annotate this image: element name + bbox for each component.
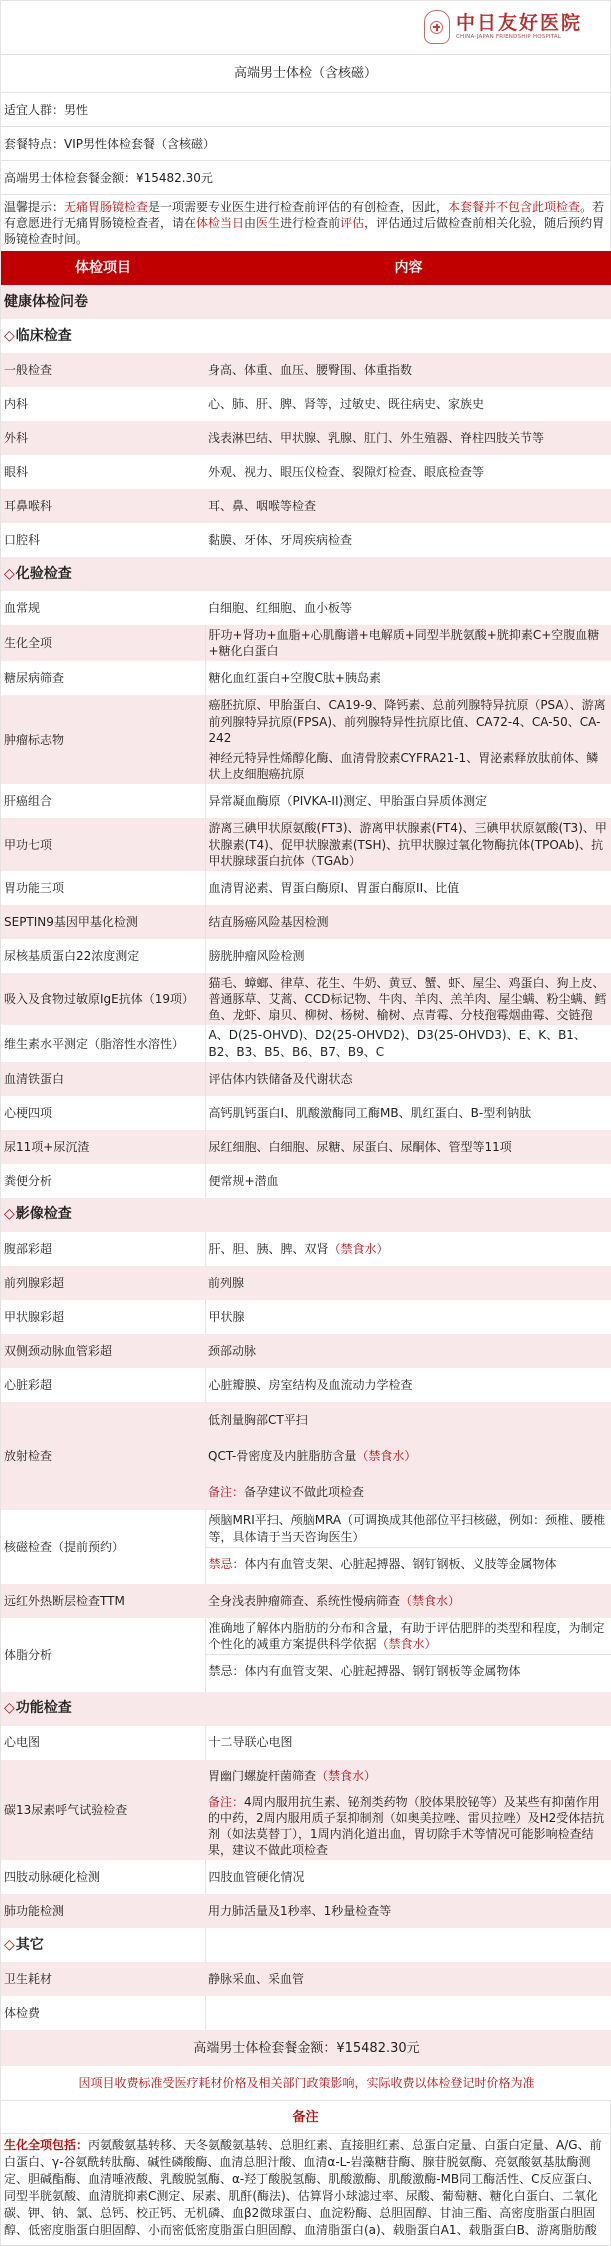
table-row: 血常规白细胞、红细胞、血小板等 bbox=[1, 591, 611, 625]
table-row: 眼科外观、视力、眼压仪检查、裂隙灯检查、眼底检查等 bbox=[1, 455, 611, 489]
remarks-text: 丙氨酸氨基转移、天冬氨酸氨基转、总胆红素、直接胆红素、总蛋白定量、白蛋白定量、A… bbox=[4, 2138, 602, 2237]
notice-highlight: 体检当日 bbox=[196, 216, 244, 230]
notice-highlight: 本套餐并不包含此项检查 bbox=[448, 200, 580, 214]
notice-highlight: 评估 bbox=[340, 216, 364, 230]
table-row: 内科心、肺、肝、脾、肾等，过敏史、既往病史、家族史 bbox=[1, 387, 611, 421]
diamond-icon: ◇ bbox=[4, 328, 15, 344]
table-row: 肿瘤标志物癌胚抗原、甲胎蛋白、CA19-9、降钙素、总前列腺特异抗原（PSA）、… bbox=[1, 695, 611, 784]
table-row: 生化全项肝功+肾功+血脂+心肌酶谱+电解质+同型半胱氨酸+胱抑素C+空腹血糖+糖… bbox=[1, 625, 611, 661]
item-name: 糖尿病筛查 bbox=[1, 661, 205, 695]
table-row: 体检费 bbox=[1, 1996, 611, 2030]
disclaimer-row: 因项目收费标准受医疗耗材价格及相关部门政策影响，实际收费以体检登记时价格为准 bbox=[1, 2066, 611, 2100]
price-disclaimer: 因项目收费标准受医疗耗材价格及相关部门政策影响，实际收费以体检登记时价格为准 bbox=[1, 2066, 611, 2100]
item-content: A、D(25-OHVD)、D2(25-OHVD2)、D3(25-OHVD3)、E… bbox=[209, 1025, 610, 1061]
taboo-text: 禁忌：体内有血管支架、心脏起搏器、钢钉钢板等金属物体 bbox=[206, 1654, 611, 1691]
fasting-note: （禁食水） bbox=[377, 1637, 437, 1651]
item-name: 肿瘤标志物 bbox=[1, 695, 205, 784]
item-name: 吸入及食物过敏原IgE抗体（19项） bbox=[1, 973, 205, 1026]
notice-highlight: 医生 bbox=[256, 216, 280, 230]
remark-text: 4周内服用抗生素、铋剂类药物（胶体果胶铋等）及某些有抑菌作用的中药，2周内服用质… bbox=[208, 1795, 604, 1858]
table-row: 尿核基质蛋白22浓度测定膀胱肿瘤风险检测 bbox=[1, 939, 611, 973]
table-row: 前列腺彩超前列腺 bbox=[1, 1266, 611, 1300]
section-function: ◇功能检查 bbox=[1, 1692, 611, 1726]
diamond-icon: ◇ bbox=[4, 1206, 15, 1222]
item-content: 白细胞、红细胞、血小板等 bbox=[205, 591, 611, 625]
section-other: ◇其它 bbox=[1, 1928, 611, 1962]
item-content: 神经元特异性烯醇化酶、血清骨胶素CYFRA21-1、胃泌素释放肽前体、鳞状上皮细… bbox=[209, 748, 610, 784]
taboo-label: 禁忌： bbox=[209, 1557, 245, 1571]
table-row: 一般检查身高、体重、血压、腰臀围、体重指数 bbox=[1, 353, 611, 387]
column-header-content: 内容 bbox=[205, 251, 611, 285]
item-content: 心脏瓣膜、房室结构及血流动力学检查 bbox=[205, 1368, 611, 1402]
table-row: 口腔科黏膜、牙体、牙周疾病检查 bbox=[1, 523, 611, 557]
item-content: 游离三碘甲状原氨酸(FT3)、游离甲状腺素(FT4)、三碘甲状原氨酸(T3)、甲… bbox=[209, 818, 610, 871]
item-name: 口腔科 bbox=[1, 523, 205, 557]
item-content: 便常规+潜血 bbox=[205, 1164, 611, 1198]
table-row: 肺功能检测用力肺活量及1秒率、1秒量检查等 bbox=[1, 1894, 611, 1928]
item-name: 远红外热断层检查TTM bbox=[1, 1584, 205, 1618]
notice-text: 进行检查前 bbox=[280, 216, 340, 230]
empty-cell bbox=[205, 1928, 611, 1962]
item-content: 外观、视力、眼压仪检查、裂隙灯检查、眼底检查等 bbox=[205, 455, 611, 489]
table-row: 胃功能三项血清胃泌素、胃蛋白酶原I、胃蛋白酶原II、比值 bbox=[1, 871, 611, 905]
item-name: 前列腺彩超 bbox=[1, 1266, 205, 1300]
table-row: 放射检查 低剂量胸部CT平扫 QCT-骨密度及内脏脂肪含量（禁食水） 备注：备孕… bbox=[1, 1402, 611, 1511]
item-content: 高钙肌钙蛋白I、肌酸激酶同工酶MB、肌红蛋白、B-型利钠肽 bbox=[205, 1096, 611, 1130]
section-title: 化验检查 bbox=[16, 566, 72, 582]
item-content: 心、肺、肝、脾、肾等，过敏史、既往病史、家族史 bbox=[205, 387, 611, 421]
hospital-logo[interactable]: 中日友好医院 CHINA-JAPAN FRIENDSHIP HOSPITAL bbox=[424, 10, 582, 44]
item-name: 内科 bbox=[1, 387, 205, 421]
item-content: 结直肠癌风险基因检测 bbox=[205, 905, 611, 939]
exam-items-table: 体检项目 内容 健康体检问卷 ◇临床检查 一般检查身高、体重、血压、腰臀围、体重… bbox=[1, 251, 611, 2100]
item-content: 尿红细胞、白细胞、尿糖、尿蛋白、尿酮体、管型等11项 bbox=[205, 1130, 611, 1164]
table-row: 血清铁蛋白评估体内铁储备及代谢状态 bbox=[1, 1062, 611, 1096]
item-content: 癌胚抗原、甲胎蛋白、CA19-9、降钙素、总前列腺特异抗原（PSA）、游离前列腺… bbox=[209, 695, 610, 748]
table-row: 心电图十二导联心电图 bbox=[1, 1726, 611, 1760]
item-content: 颈部动脉 bbox=[205, 1334, 611, 1368]
item-name: 体脂分析 bbox=[1, 1618, 205, 1692]
hospital-emblem-icon bbox=[424, 10, 450, 44]
item-content: 低剂量胸部CT平扫 bbox=[208, 1402, 609, 1438]
item-name: 血清铁蛋白 bbox=[1, 1062, 205, 1096]
item-content: 四肢血管硬化情况 bbox=[205, 1860, 611, 1894]
item-content: 肝、胆、胰、脾、双肾 bbox=[209, 1242, 329, 1256]
table-header-row: 体检项目 内容 bbox=[1, 251, 611, 285]
item-name: 一般检查 bbox=[1, 353, 205, 387]
item-name: 生化全项 bbox=[1, 625, 205, 661]
section-title: 临床检查 bbox=[16, 328, 72, 344]
section-title: 影像检查 bbox=[16, 1206, 72, 1222]
item-name: 双侧颈动脉血管彩超 bbox=[1, 1334, 205, 1368]
table-row: 尿11项+尿沉渣尿红细胞、白细胞、尿糖、尿蛋白、尿酮体、管型等11项 bbox=[1, 1130, 611, 1164]
remarks-title: 备注 bbox=[1, 2100, 610, 2134]
table-row: SEPTIN9基因甲基化检测结直肠癌风险基因检测 bbox=[1, 905, 611, 939]
item-name: 尿11项+尿沉渣 bbox=[1, 1130, 205, 1164]
notice-text: 由 bbox=[244, 216, 256, 230]
item-content: 全身浅表肿瘤筛查、系统性慢病筛查 bbox=[208, 1594, 400, 1608]
diamond-icon: ◇ bbox=[4, 1937, 15, 1953]
item-content: 十二导联心电图 bbox=[205, 1726, 611, 1760]
item-name: 甲功七项 bbox=[1, 818, 205, 871]
table-row: 卫生耗材静脉采血、采血管 bbox=[1, 1962, 611, 1996]
column-header-item: 体检项目 bbox=[1, 251, 205, 285]
warm-notice: 温馨提示：无痛胃肠镜检查是一项需要专业医生进行检查前评估的有创检查，因此，本套餐… bbox=[1, 195, 610, 251]
exam-package-page: 中日友好医院 CHINA-JAPAN FRIENDSHIP HOSPITAL 高… bbox=[0, 0, 611, 2246]
item-content: 颅脑MRI平扫、颅脑MRA（可调换成其他部位平扫核磁，例如：颈椎、腰椎等，具体请… bbox=[206, 1510, 611, 1546]
fasting-note: （禁食水） bbox=[329, 1242, 389, 1256]
feature-info: 套餐特点：VIP男性体检套餐（含核磁） bbox=[1, 127, 610, 161]
page-title: 高端男士体检（含核磁） bbox=[1, 55, 610, 93]
item-name: 放射检查 bbox=[1, 1402, 205, 1511]
item-name: 血常规 bbox=[1, 591, 205, 625]
item-content: 用力肺活量及1秒率、1秒量检查等 bbox=[205, 1894, 611, 1928]
item-content: 静脉采血、采血管 bbox=[205, 1962, 611, 1996]
item-name: 碳13尿素呼气试验检查 bbox=[1, 1760, 205, 1861]
item-name: 卫生耗材 bbox=[1, 1962, 205, 1996]
notice-text: 温馨提示： bbox=[4, 200, 64, 214]
item-content: 前列腺 bbox=[205, 1266, 611, 1300]
remark-label: 备注： bbox=[208, 1485, 244, 1499]
diamond-icon: ◇ bbox=[4, 566, 15, 582]
item-name: 腹部彩超 bbox=[1, 1232, 205, 1266]
price-info: 高端男士体检套餐金额：¥15482.30元 bbox=[1, 161, 610, 195]
table-row: 碳13尿素呼气试验检查 胃幽门螺旋杆菌筛查（禁食水） 备注：4周内服用抗生素、铋… bbox=[1, 1760, 611, 1861]
item-name: SEPTIN9基因甲基化检测 bbox=[1, 905, 205, 939]
item-content: 黏膜、牙体、牙周疾病检查 bbox=[205, 523, 611, 557]
fasting-note: （禁食水） bbox=[356, 1449, 416, 1463]
fasting-note: （禁食水） bbox=[316, 1769, 376, 1783]
logo-name-en: CHINA-JAPAN FRIENDSHIP HOSPITAL bbox=[456, 34, 582, 41]
item-content: 糖化血红蛋白+空腹C肽+胰岛素 bbox=[205, 661, 611, 695]
item-name: 外科 bbox=[1, 421, 205, 455]
section-title: 其它 bbox=[16, 1937, 44, 1953]
table-row: 肝癌组合异常凝血酶原（PIVKA-II)测定、甲胎蛋白异质体测定 bbox=[1, 784, 611, 818]
item-content: 猫毛、蟑螂、律草、花生、牛奶、黄豆、蟹、虾、屋尘、鸡蛋白、狗上皮、普通豚草、艾蒿… bbox=[209, 973, 610, 1026]
table-row: 体脂分析 准确地了解体内脂肪的分布和含量，有助于评估肥胖的类型和程度，为制定个性… bbox=[1, 1618, 611, 1692]
table-row: 心脏彩超心脏瓣膜、房室结构及血流动力学检查 bbox=[1, 1368, 611, 1402]
item-name: 甲状腺彩超 bbox=[1, 1300, 205, 1334]
notice-text: 是一项需要专业医生进行检查前评估的有创检查，因此， bbox=[148, 200, 448, 214]
table-row: 糖尿病筛查糖化血红蛋白+空腹C肽+胰岛素 bbox=[1, 661, 611, 695]
item-content: 耳、鼻、咽喉等检查 bbox=[205, 489, 611, 523]
table-row: 双侧颈动脉血管彩超颈部动脉 bbox=[1, 1334, 611, 1368]
questionnaire-title: 健康体检问卷 bbox=[1, 285, 611, 319]
item-name: 维生素水平测定（脂溶性水溶性） bbox=[1, 1025, 205, 1061]
section-clinical: ◇临床检查 bbox=[1, 319, 611, 353]
table-row: 耳鼻喉科耳、鼻、咽喉等检查 bbox=[1, 489, 611, 523]
remarks-label: 生化全项包括： bbox=[4, 2138, 88, 2152]
item-content: 甲状腺 bbox=[205, 1300, 611, 1334]
table-row: 远红外热断层检查TTM全身浅表肿瘤筛查、系统性慢病筛查（禁食水） bbox=[1, 1584, 611, 1618]
item-name: 肝癌组合 bbox=[1, 784, 205, 818]
item-content: 胃幽门螺旋杆菌筛查 bbox=[208, 1769, 316, 1783]
logo-header: 中日友好医院 CHINA-JAPAN FRIENDSHIP HOSPITAL bbox=[1, 1, 610, 55]
table-row: 心梗四项高钙肌钙蛋白I、肌酸激酶同工酶MB、肌红蛋白、B-型利钠肽 bbox=[1, 1096, 611, 1130]
item-content bbox=[205, 1996, 611, 2030]
item-content: 异常凝血酶原（PIVKA-II)测定、甲胎蛋白异质体测定 bbox=[205, 784, 611, 818]
table-row: 粪便分析便常规+潜血 bbox=[1, 1164, 611, 1198]
table-row: 甲状腺彩超甲状腺 bbox=[1, 1300, 611, 1334]
table-row: 吸入及食物过敏原IgE抗体（19项）猫毛、蟑螂、律草、花生、牛奶、黄豆、蟹、虾、… bbox=[1, 973, 611, 1026]
section-lab: ◇化验检查 bbox=[1, 557, 611, 591]
item-name: 心梗四项 bbox=[1, 1096, 205, 1130]
fasting-note: （禁食水） bbox=[400, 1594, 460, 1608]
item-name: 肺功能检测 bbox=[1, 1894, 205, 1928]
item-content: 评估体内铁储备及代谢状态 bbox=[205, 1062, 611, 1096]
remark-label: 备注： bbox=[208, 1795, 244, 1809]
taboo-text: 体内有血管支架、心脏起搏器、钢钉钢板、义肢等金属物体 bbox=[245, 1557, 557, 1571]
item-content: 身高、体重、血压、腰臀围、体重指数 bbox=[205, 353, 611, 387]
table-row: 外科浅表淋巴结、甲状腺、乳腺、肛门、外生殖器、脊柱四肢关节等 bbox=[1, 421, 611, 455]
item-name: 粪便分析 bbox=[1, 1164, 205, 1198]
total-row: 高端男士体检套餐金额：¥15482.30元 bbox=[1, 2030, 611, 2066]
item-content: 肝功+肾功+血脂+心肌酶谱+电解质+同型半胱氨酸+胱抑素C+空腹血糖+糖化白蛋白 bbox=[209, 625, 610, 661]
remark-text: 备孕建议不做此项检查 bbox=[244, 1485, 364, 1499]
table-row: 四肢动脉硬化检测四肢血管硬化情况 bbox=[1, 1860, 611, 1894]
total-price: 高端男士体检套餐金额：¥15482.30元 bbox=[1, 2030, 611, 2066]
item-content: 浅表淋巴结、甲状腺、乳腺、肛门、外生殖器、脊柱四肢关节等 bbox=[205, 421, 611, 455]
table-row: 腹部彩超肝、胆、胰、脾、双肾（禁食水） bbox=[1, 1232, 611, 1266]
item-name: 四肢动脉硬化检测 bbox=[1, 1860, 205, 1894]
audience-info: 适宜人群：男性 bbox=[1, 93, 610, 127]
item-name: 心脏彩超 bbox=[1, 1368, 205, 1402]
item-name: 核磁检查（提前预约） bbox=[1, 1510, 205, 1584]
questionnaire-row: 健康体检问卷 bbox=[1, 285, 611, 319]
table-row: 维生素水平测定（脂溶性水溶性）A、D(25-OHVD)、D2(25-OHVD2)… bbox=[1, 1025, 611, 1061]
section-imaging: ◇影像检查 bbox=[1, 1198, 611, 1232]
notice-highlight: 无痛胃肠镜检查 bbox=[64, 200, 148, 214]
table-row: 核磁检查（提前预约） 颅脑MRI平扫、颅脑MRA（可调换成其他部位平扫核磁，例如… bbox=[1, 1510, 611, 1584]
item-content: 血清胃泌素、胃蛋白酶原I、胃蛋白酶原II、比值 bbox=[205, 871, 611, 905]
item-content: QCT-骨密度及内脏脂肪含量 bbox=[208, 1449, 356, 1463]
section-title: 功能检查 bbox=[16, 1700, 72, 1716]
item-name: 尿核基质蛋白22浓度测定 bbox=[1, 939, 205, 973]
item-name: 耳鼻喉科 bbox=[1, 489, 205, 523]
item-name: 体检费 bbox=[1, 1996, 205, 2030]
logo-name-cn: 中日友好医院 bbox=[456, 12, 582, 34]
item-name: 眼科 bbox=[1, 455, 205, 489]
table-row: 甲功七项游离三碘甲状原氨酸(FT3)、游离甲状腺素(FT4)、三碘甲状原氨酸(T… bbox=[1, 818, 611, 871]
item-name: 心电图 bbox=[1, 1726, 205, 1760]
diamond-icon: ◇ bbox=[4, 1700, 15, 1716]
item-name: 胃功能三项 bbox=[1, 871, 205, 905]
item-content: 膀胱肿瘤风险检测 bbox=[205, 939, 611, 973]
